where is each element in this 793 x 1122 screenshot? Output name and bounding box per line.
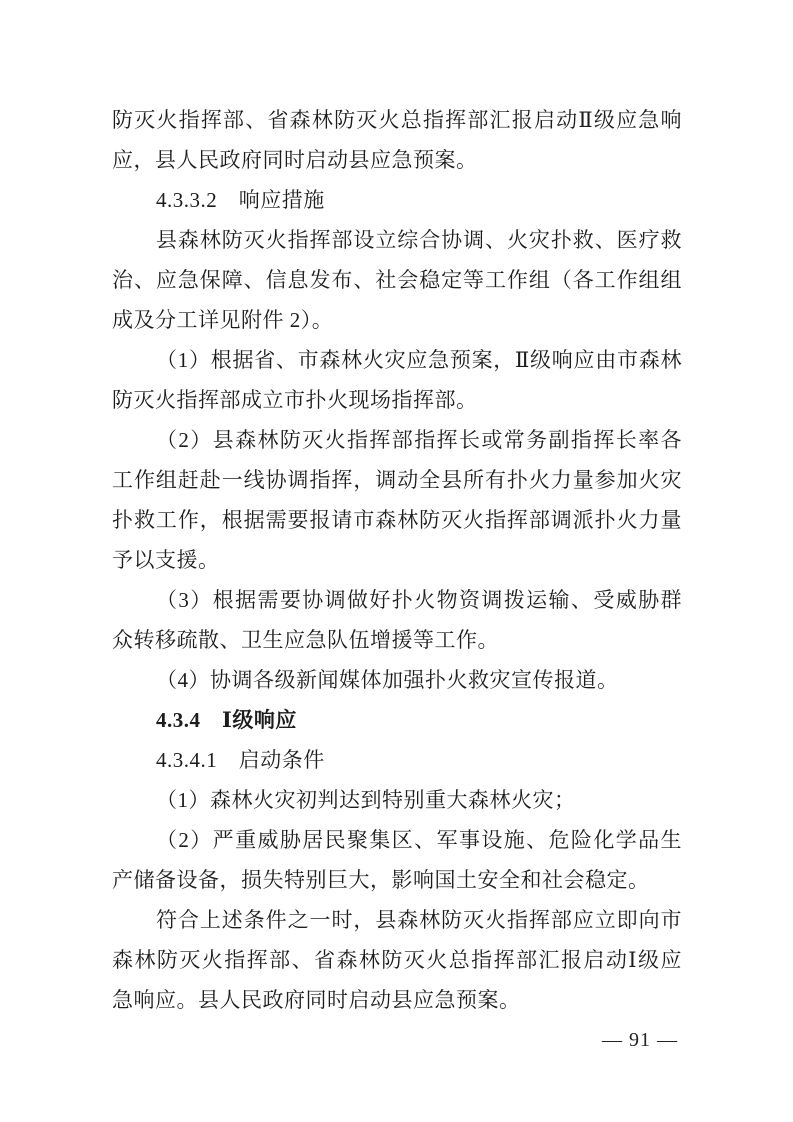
text-line: 扑救工作，根据需要报请市森林防灭火指挥部调派扑火力量	[112, 500, 682, 540]
text-line: 县森林防灭火指挥部设立综合协调、火灾扑救、医疗救	[112, 220, 682, 260]
text-line: 防灭火指挥部、省森林防灭火总指挥部汇报启动Ⅱ级应急响	[112, 100, 682, 140]
text-line: 4.3.4.1 启动条件	[112, 740, 682, 780]
paragraph: （1）根据省、市森林火灾应急预案，Ⅱ级响应由市森林防灭火指挥部成立市扑火现场指挥…	[112, 340, 682, 420]
text-line: 森林防灭火指挥部、省森林防灭火总指挥部汇报启动Ⅰ级应	[112, 940, 682, 980]
text-line: 4.3.4 Ⅰ级响应	[112, 700, 682, 740]
paragraph: （4）协调各级新闻媒体加强扑火救灾宣传报道。	[112, 660, 682, 700]
text-line: 工作组赶赴一线协调指挥，调动全县所有扑火力量参加火灾	[112, 460, 682, 500]
text-line: 4.3.3.2 响应措施	[112, 180, 682, 220]
document-content: 防灭火指挥部、省森林防灭火总指挥部汇报启动Ⅱ级应急响应，县人民政府同时启动县应急…	[112, 100, 682, 1020]
section-heading: 4.3.4 Ⅰ级响应	[112, 700, 682, 740]
text-line: 符合上述条件之一时，县森林防灭火指挥部应立即向市	[112, 900, 682, 940]
text-line: （2）严重威胁居民聚集区、军事设施、危险化学品生	[112, 820, 682, 860]
document-page: 防灭火指挥部、省森林防灭火总指挥部汇报启动Ⅱ级应急响应，县人民政府同时启动县应急…	[0, 0, 793, 1122]
paragraph: （2）县森林防灭火指挥部指挥长或常务副指挥长率各工作组赶赴一线协调指挥，调动全县…	[112, 420, 682, 580]
paragraph: （3）根据需要协调做好扑火物资调拨运输、受威胁群众转移疏散、卫生应急队伍增援等工…	[112, 580, 682, 660]
text-line: 防灭火指挥部成立市扑火现场指挥部。	[112, 380, 682, 420]
text-line: 急响应。县人民政府同时启动县应急预案。	[112, 980, 682, 1020]
text-line: 成及分工详见附件 2）。	[112, 300, 682, 340]
text-line: 产储备设备，损失特别巨大，影响国土安全和社会稳定。	[112, 860, 682, 900]
page-number-text: — 91 —	[602, 1029, 678, 1051]
text-line: 治、应急保障、信息发布、社会稳定等工作组（各工作组组	[112, 260, 682, 300]
text-line: （1）森林火灾初判达到特别重大森林火灾；	[112, 780, 682, 820]
paragraph: 县森林防灭火指挥部设立综合协调、火灾扑救、医疗救治、应急保障、信息发布、社会稳定…	[112, 220, 682, 340]
section-heading: 4.3.4.1 启动条件	[112, 740, 682, 780]
paragraph: （2）严重威胁居民聚集区、军事设施、危险化学品生产储备设备，损失特别巨大，影响国…	[112, 820, 682, 900]
text-line: 应，县人民政府同时启动县应急预案。	[112, 140, 682, 180]
paragraph: （1）森林火灾初判达到特别重大森林火灾；	[112, 780, 682, 820]
text-line: （3）根据需要协调做好扑火物资调拨运输、受威胁群	[112, 580, 682, 620]
text-line: （2）县森林防灭火指挥部指挥长或常务副指挥长率各	[112, 420, 682, 460]
text-line: 众转移疏散、卫生应急队伍增援等工作。	[112, 620, 682, 660]
text-line: （4）协调各级新闻媒体加强扑火救灾宣传报道。	[112, 660, 682, 700]
paragraph: 符合上述条件之一时，县森林防灭火指挥部应立即向市森林防灭火指挥部、省森林防灭火总…	[112, 900, 682, 1020]
text-line: 予以支援。	[112, 540, 682, 580]
section-heading: 4.3.3.2 响应措施	[112, 180, 682, 220]
text-line: （1）根据省、市森林火灾应急预案，Ⅱ级响应由市森林	[112, 340, 682, 380]
paragraph: 防灭火指挥部、省森林防灭火总指挥部汇报启动Ⅱ级应急响应，县人民政府同时启动县应急…	[112, 100, 682, 180]
page-number: — 91 —	[112, 1020, 682, 1060]
